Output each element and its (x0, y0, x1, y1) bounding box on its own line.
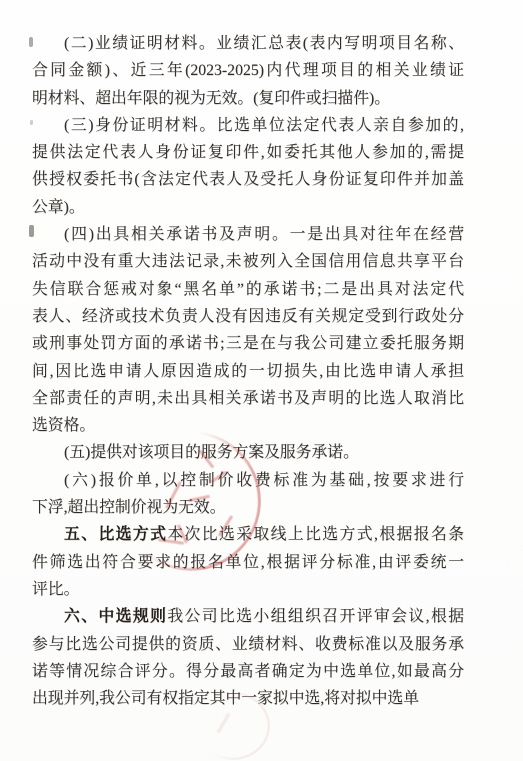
text-line: 间,因比选申请人原因造成的一切损失,由比选申请人承担 (32, 358, 464, 385)
text-segment: (六)报价单,以控制价收费标准为基础,按要求进行 (64, 472, 464, 489)
text-line: 件筛选出符合要求的报名单位,根据评分标准,由评委统一 (32, 549, 464, 576)
scan-artifact-speck (29, 225, 34, 237)
text-line: 供授权委托书(含法定代表人及受托人身份证复印件并加盖 (32, 166, 464, 193)
text-segment: 表人、经济或技术负责人没有因违反有关规定受到行政处分 (32, 308, 464, 325)
text-line: 评比。 (32, 576, 464, 603)
text-segment: 供授权委托书(含法定代表人及受托人身份证复印件并加盖 (32, 171, 464, 188)
text-segment: 明材料、超出年限的视为无效。(复印件或扫描件)。 (32, 90, 390, 107)
text-line: 失信联合惩戒对象“黑名单”的承诺书;二是出具对法定代 (32, 276, 464, 303)
text-line: (三)身份证明材料。比选单位法定代表人亲自参加的, (32, 112, 464, 139)
document-body: (二)业绩证明材料。业绩汇总表(表内写明项目名称、合同金额)、近三年(2023-… (32, 30, 464, 712)
text-line: 合同金额)、近三年(2023-2025)内代理项目的相关业绩证 (32, 57, 464, 84)
faint-red-seal-mark (196, 692, 270, 760)
text-line: 选资格。 (32, 412, 464, 439)
text-segment: 下浮,超出控制价视为无效。 (32, 499, 226, 516)
text-line: 参与比选公司提供的资质、业绩材料、收费标准以及服务承 (32, 631, 464, 658)
text-segment: 活动中没有重大违法记录,未被列入全国信用信息共享平台 (32, 253, 464, 270)
section-heading: 六、中选规则 (64, 608, 167, 625)
text-segment: 合同金额)、近三年(2023-2025)内代理项目的相关业绩证 (32, 62, 464, 79)
scan-artifact-speck (29, 37, 33, 47)
text-line: 五、比选方式本次比选采取线上比选方式,根据报名条 (32, 521, 464, 548)
text-segment: 全部责任的声明,未出具相关承诺书及声明的比选人取消比 (32, 390, 464, 407)
text-line: 表人、经济或技术负责人没有因违反有关规定受到行政处分 (32, 303, 464, 330)
text-line: (六)报价单,以控制价收费标准为基础,按要求进行 (32, 467, 464, 494)
text-line: (四)出具相关承诺书及声明。一是出具对往年在经营 (32, 221, 464, 248)
text-line: 提供法定代表人身份证复印件,如委托其他人参加的,需提 (32, 139, 464, 166)
text-segment: 参与比选公司提供的资质、业绩材料、收费标准以及服务承 (32, 636, 464, 653)
text-segment: 提供法定代表人身份证复印件,如委托其他人参加的,需提 (32, 144, 464, 161)
text-segment: (五)提供对该项目的服务方案及服务承诺。 (64, 444, 359, 461)
text-segment: (四)出具相关承诺书及声明。一是出具对往年在经营 (64, 226, 464, 243)
text-segment: 评比。 (32, 581, 79, 598)
text-segment: (二)业绩证明材料。业绩汇总表(表内写明项目名称、 (64, 35, 464, 52)
document-page: (二)业绩证明材料。业绩汇总表(表内写明项目名称、合同金额)、近三年(2023-… (0, 0, 523, 761)
text-line: 活动中没有重大违法记录,未被列入全国信用信息共享平台 (32, 248, 464, 275)
text-segment: 选资格。 (32, 417, 95, 434)
text-segment: 公章)。 (32, 199, 85, 216)
text-segment: 失信联合惩戒对象“黑名单”的承诺书;二是出具对法定代 (32, 281, 464, 298)
text-segment: 件筛选出符合要求的报名单位,根据评分标准,由评委统一 (32, 554, 464, 571)
text-segment: (三)身份证明材料。比选单位法定代表人亲自参加的, (64, 117, 464, 134)
text-line: (五)提供对该项目的服务方案及服务承诺。 (32, 439, 464, 466)
text-segment: 本次比选采取线上比选方式,根据报名条 (167, 526, 464, 543)
text-segment: 诺等情况综合评分。得分最高者确定为中选单位,如最高分 (32, 663, 464, 680)
text-line: (二)业绩证明材料。业绩汇总表(表内写明项目名称、 (32, 30, 464, 57)
scan-artifact-speck (30, 120, 33, 125)
text-segment: 我公司比选小组组织召开评审会议,根据 (167, 608, 464, 625)
text-segment: 或刑事处罚方面的承诺书;三是在与我公司建立委托服务期 (32, 335, 464, 352)
text-line: 诺等情况综合评分。得分最高者确定为中选单位,如最高分 (32, 658, 464, 685)
text-line: 六、中选规则我公司比选小组组织召开评审会议,根据 (32, 603, 464, 630)
text-line: 全部责任的声明,未出具相关承诺书及声明的比选人取消比 (32, 385, 464, 412)
text-line: 明材料、超出年限的视为无效。(复印件或扫描件)。 (32, 85, 464, 112)
text-line: 公章)。 (32, 194, 464, 221)
text-line: 或刑事处罚方面的承诺书;三是在与我公司建立委托服务期 (32, 330, 464, 357)
text-segment: 间,因比选申请人原因造成的一切损失,由比选申请人承担 (32, 363, 464, 380)
text-line: 下浮,超出控制价视为无效。 (32, 494, 464, 521)
section-heading: 五、比选方式 (64, 526, 167, 543)
